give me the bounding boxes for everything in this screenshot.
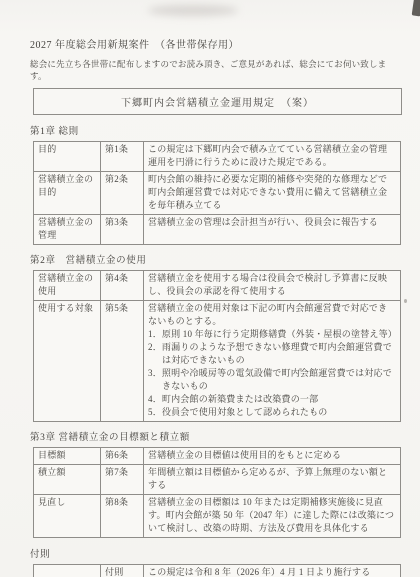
document-title-box: 下郷町内会営繕積立金運用規定 （案） (33, 88, 402, 115)
article-number-cell: 第1条 (101, 142, 144, 172)
article-text-cell: 営繕積立金の管理は会計担当が行い、役員会に報告する (144, 215, 401, 245)
table-row: 使用する対象 第5条 営繕積立金の使用対象は下記の町内会館運営費で対応できないも… (34, 301, 401, 422)
scan-speck-artifact (299, 368, 302, 371)
row-label-cell: 見直し (34, 495, 101, 538)
table-row: 付則 この規定は令和 8 年（2026 年）4 月 1 日より施行する (34, 565, 401, 577)
chapter-1-heading: 第1章 総則 (30, 123, 402, 137)
document-title: 下郷町内会営繕積立金運用規定 （案） (121, 94, 314, 109)
article-number-cell: 第3条 (101, 215, 144, 245)
row-label-cell: 営繕積立金の使用 (34, 271, 101, 301)
row-label-cell: 使用する対象 (34, 301, 101, 422)
article-number-cell: 第8条 (101, 495, 144, 538)
article-text-cell: 営繕積立金を使用する場合は役員会で検討し予算書に反映し、役員会の承認を得て使用す… (144, 271, 401, 301)
article-number-cell: 第5条 (101, 301, 144, 422)
article-text-cell: 町内会館の維持に必要な定期的補修や突発的な修理などで町内会館運営費では対応できな… (144, 172, 401, 215)
table-row: 営繕積立金の管理 第3条 営繕積立金の管理は会計担当が行い、役員会に報告する (34, 215, 401, 245)
usage-list-item: 1．原則 10 年毎に行う定期修繕費（外装・屋根の塗替え等） (148, 328, 396, 341)
scanned-document-page: 2027 年度総会用新規案件 （各世帯保存用） 総会に先立ち各世帯に配布しますの… (0, 0, 420, 577)
row-label-cell: 目標額 (34, 448, 101, 465)
table-row: 目標額 第6条 営繕積立金の目標値は使用目的をもとに定める (34, 448, 401, 465)
scan-speck-artifact (404, 299, 407, 303)
row-label-cell: 積立額 (34, 465, 101, 495)
chapter-2-heading: 第2章 営繕積立金の使用 (30, 252, 402, 266)
chapter-1-table: 目的 第1条 この規定は下郷町内会で積み立てている営繕積立金の管理運用を円滑に行… (33, 141, 401, 245)
article-text-cell: 営繕積立金の使用対象は下記の町内会館運営費で対応できないものとする。 1．原則 … (144, 301, 401, 422)
document-type-line: 2027 年度総会用新規案件 （各世帯保存用） (30, 36, 402, 51)
article-number-cell: 第2条 (101, 172, 144, 215)
article-number-cell: 第4条 (101, 271, 144, 301)
row-label-cell: 目的 (34, 142, 101, 172)
table-row: 見直し 第8条 営繕積立金の目標額は 10 年または定期補修実施後に見直す。町内… (34, 495, 401, 538)
scan-corner-mark-artifact (412, 0, 420, 17)
appendix-table: 付則 この規定は令和 8 年（2026 年）4 月 1 日より施行する (33, 564, 401, 577)
row-label-cell: 営繕積立金の目的 (34, 172, 101, 215)
article-text-cell: この規定は下郷町内会で積み立てている営繕積立金の管理運用を円滑に行うために設けた… (144, 142, 401, 172)
chapter-3-table: 目標額 第6条 営繕積立金の目標値は使用目的をもとに定める 積立額 第7条 年間… (33, 447, 401, 538)
article-number-cell: 付則 (101, 565, 144, 577)
article-number-cell: 第7条 (101, 465, 144, 495)
scan-smudge-artifact (148, 5, 238, 16)
distribution-note-line: 総会に先立ち各世帯に配布しますのでお読み頂き、ご意見があれば、総会にてお伺い致し… (30, 58, 402, 82)
table-row: 営繕積立金の使用 第4条 営繕積立金を使用する場合は役員会で検討し予算書に反映し… (34, 271, 401, 301)
appendix-heading: 付則 (30, 546, 402, 560)
row-label-cell (34, 565, 101, 577)
table-row: 積立額 第7条 年間積立額は目標値から定めるが、予算上無理のない額とする (34, 465, 401, 495)
chapter-3-heading: 第3章 営繕積立金の目標額と積立額 (30, 429, 402, 443)
table-row: 営繕積立金の目的 第2条 町内会館の維持に必要な定期的補修や突発的な修理などで町… (34, 172, 401, 215)
table-row: 目的 第1条 この規定は下郷町内会で積み立てている営繕積立金の管理運用を円滑に行… (34, 142, 401, 172)
usage-list-item: 4．町内会館の新築費または改築費の一部 (148, 393, 396, 406)
usage-list-item: 5．役員会で使用対象として認められたもの (148, 406, 396, 419)
article-text-cell: 営繕積立金の目標値は使用目的をもとに定める (144, 448, 401, 465)
article-text-cell: 年間積立額は目標値から定めるが、予算上無理のない額とする (144, 465, 401, 495)
article-intro-text: 営繕積立金の使用対象は下記の町内会館運営費で対応できないものとする。 (148, 302, 396, 328)
article-number-cell: 第6条 (101, 448, 144, 465)
chapter-2-table: 営繕積立金の使用 第4条 営繕積立金を使用する場合は役員会で検討し予算書に反映し… (33, 270, 401, 422)
usage-list-item: 3．照明や冷暖房等の電気設備で町内会館運営費では対応できないもの (148, 367, 396, 393)
article-text-cell: この規定は令和 8 年（2026 年）4 月 1 日より施行する (144, 565, 401, 577)
usage-list-item: 2．雨漏りのような予想できない修理費で町内会館運営費では対応できないもの (148, 341, 396, 367)
article-text-cell: 営繕積立金の目標額は 10 年または定期補修実施後に見直す。町内会館が築 50 … (144, 495, 401, 538)
row-label-cell: 営繕積立金の管理 (34, 215, 101, 245)
